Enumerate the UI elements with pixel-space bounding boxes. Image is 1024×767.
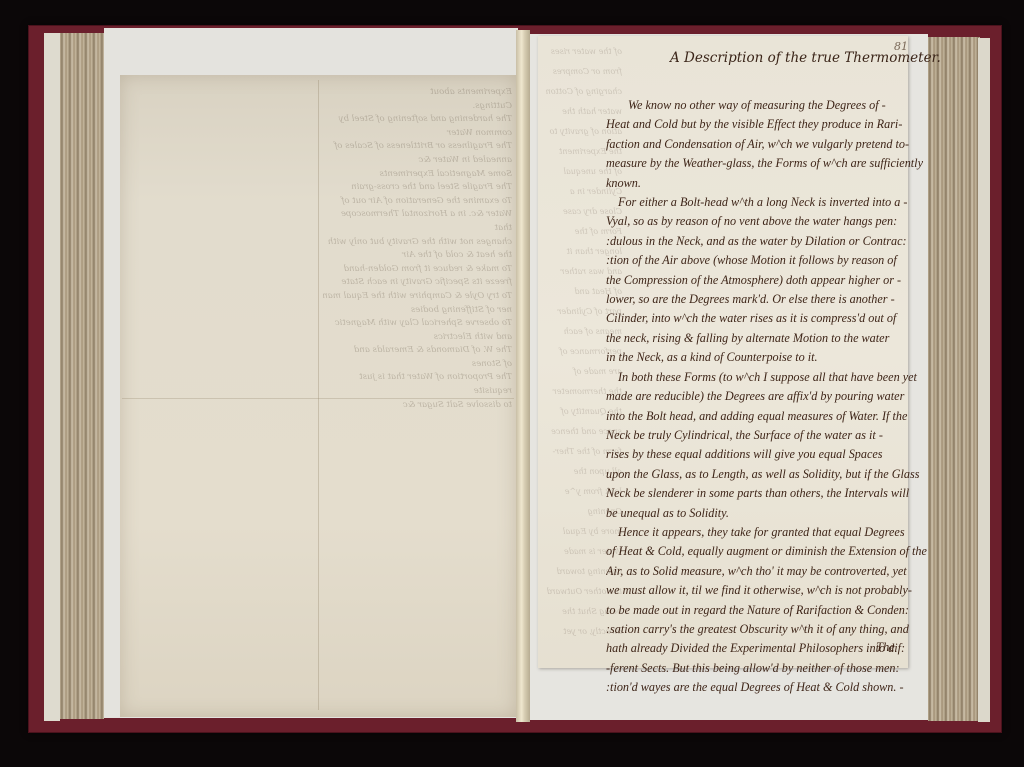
right-text-block-edge	[928, 37, 980, 721]
text-line: Vyal, so as by reason of no vent above t…	[606, 212, 928, 231]
text-line: lower, so are the Degrees mark'd. Or els…	[606, 290, 928, 309]
text-line: :dulous in the Neck, and as the water by…	[606, 232, 928, 251]
text-line: made are reducible) the Degrees are affi…	[606, 387, 928, 406]
left-bleed-through-text: Experiments about Cuttings. The hardenin…	[322, 86, 512, 436]
text-line: the Compression of the Atmosphere) doth …	[606, 271, 928, 290]
text-line: the neck, rising & falling by alternate …	[606, 329, 928, 348]
text-line: of Heat & Cold, equally augment or dimin…	[606, 542, 928, 561]
text-line: Heat and Cold but by the visible Effect …	[606, 115, 928, 134]
left-text-block-edge	[60, 33, 104, 719]
text-line: -ferent Sects. But this being allow'd by…	[606, 659, 928, 678]
text-line: in the Neck, as a kind of Counterpoise t…	[606, 348, 928, 367]
text-line: Air, as to Solid measure, w^ch tho' it m…	[606, 562, 928, 581]
book-gutter	[516, 30, 530, 722]
text-line: We know no other way of measuring the De…	[606, 96, 928, 115]
text-line: to be made out in regard the Nature of R…	[606, 601, 928, 620]
text-line: known.	[606, 174, 928, 193]
text-line: In both these Forms (to w^ch I suppose a…	[606, 368, 928, 387]
text-line: Cilinder, into w^ch the water rises as i…	[606, 309, 928, 328]
text-line: be unequal as to Solidity.	[606, 504, 928, 523]
catchword: The	[876, 640, 895, 655]
text-line: we must allow it, til we find it otherwi…	[606, 581, 928, 600]
text-line: :tion'd wayes are the equal Degrees of H…	[606, 678, 928, 697]
left-board-edge	[44, 33, 60, 721]
right-board-edge	[978, 38, 990, 722]
text-line: :sation carry's the greatest Obscurity w…	[606, 620, 928, 639]
text-line: measure by the Weather-glass, the Forms …	[606, 154, 928, 173]
text-line: Neck be truly Cylindrical, the Surface o…	[606, 426, 928, 445]
text-line: upon the Glass, as to Length, as well as…	[606, 465, 928, 484]
text-line: Hence it appears, they take for granted …	[606, 523, 928, 542]
text-line: For either a Bolt-head w^th a long Neck …	[606, 193, 928, 212]
text-line: rises by these equal additions will give…	[606, 445, 928, 464]
manuscript-body: We know no other way of measuring the De…	[606, 96, 928, 698]
text-line: Neck be slenderer in some parts than oth…	[606, 484, 928, 503]
text-line: :tion of the Air above (whose Motion it …	[606, 251, 928, 270]
vertical-fold-line	[318, 80, 319, 710]
manuscript-title: A Description of the true Thermometer.	[670, 50, 910, 66]
text-line: faction and Condensation of Air, w^ch we…	[606, 135, 928, 154]
text-line: into the Bolt head, and adding equal mea…	[606, 407, 928, 426]
